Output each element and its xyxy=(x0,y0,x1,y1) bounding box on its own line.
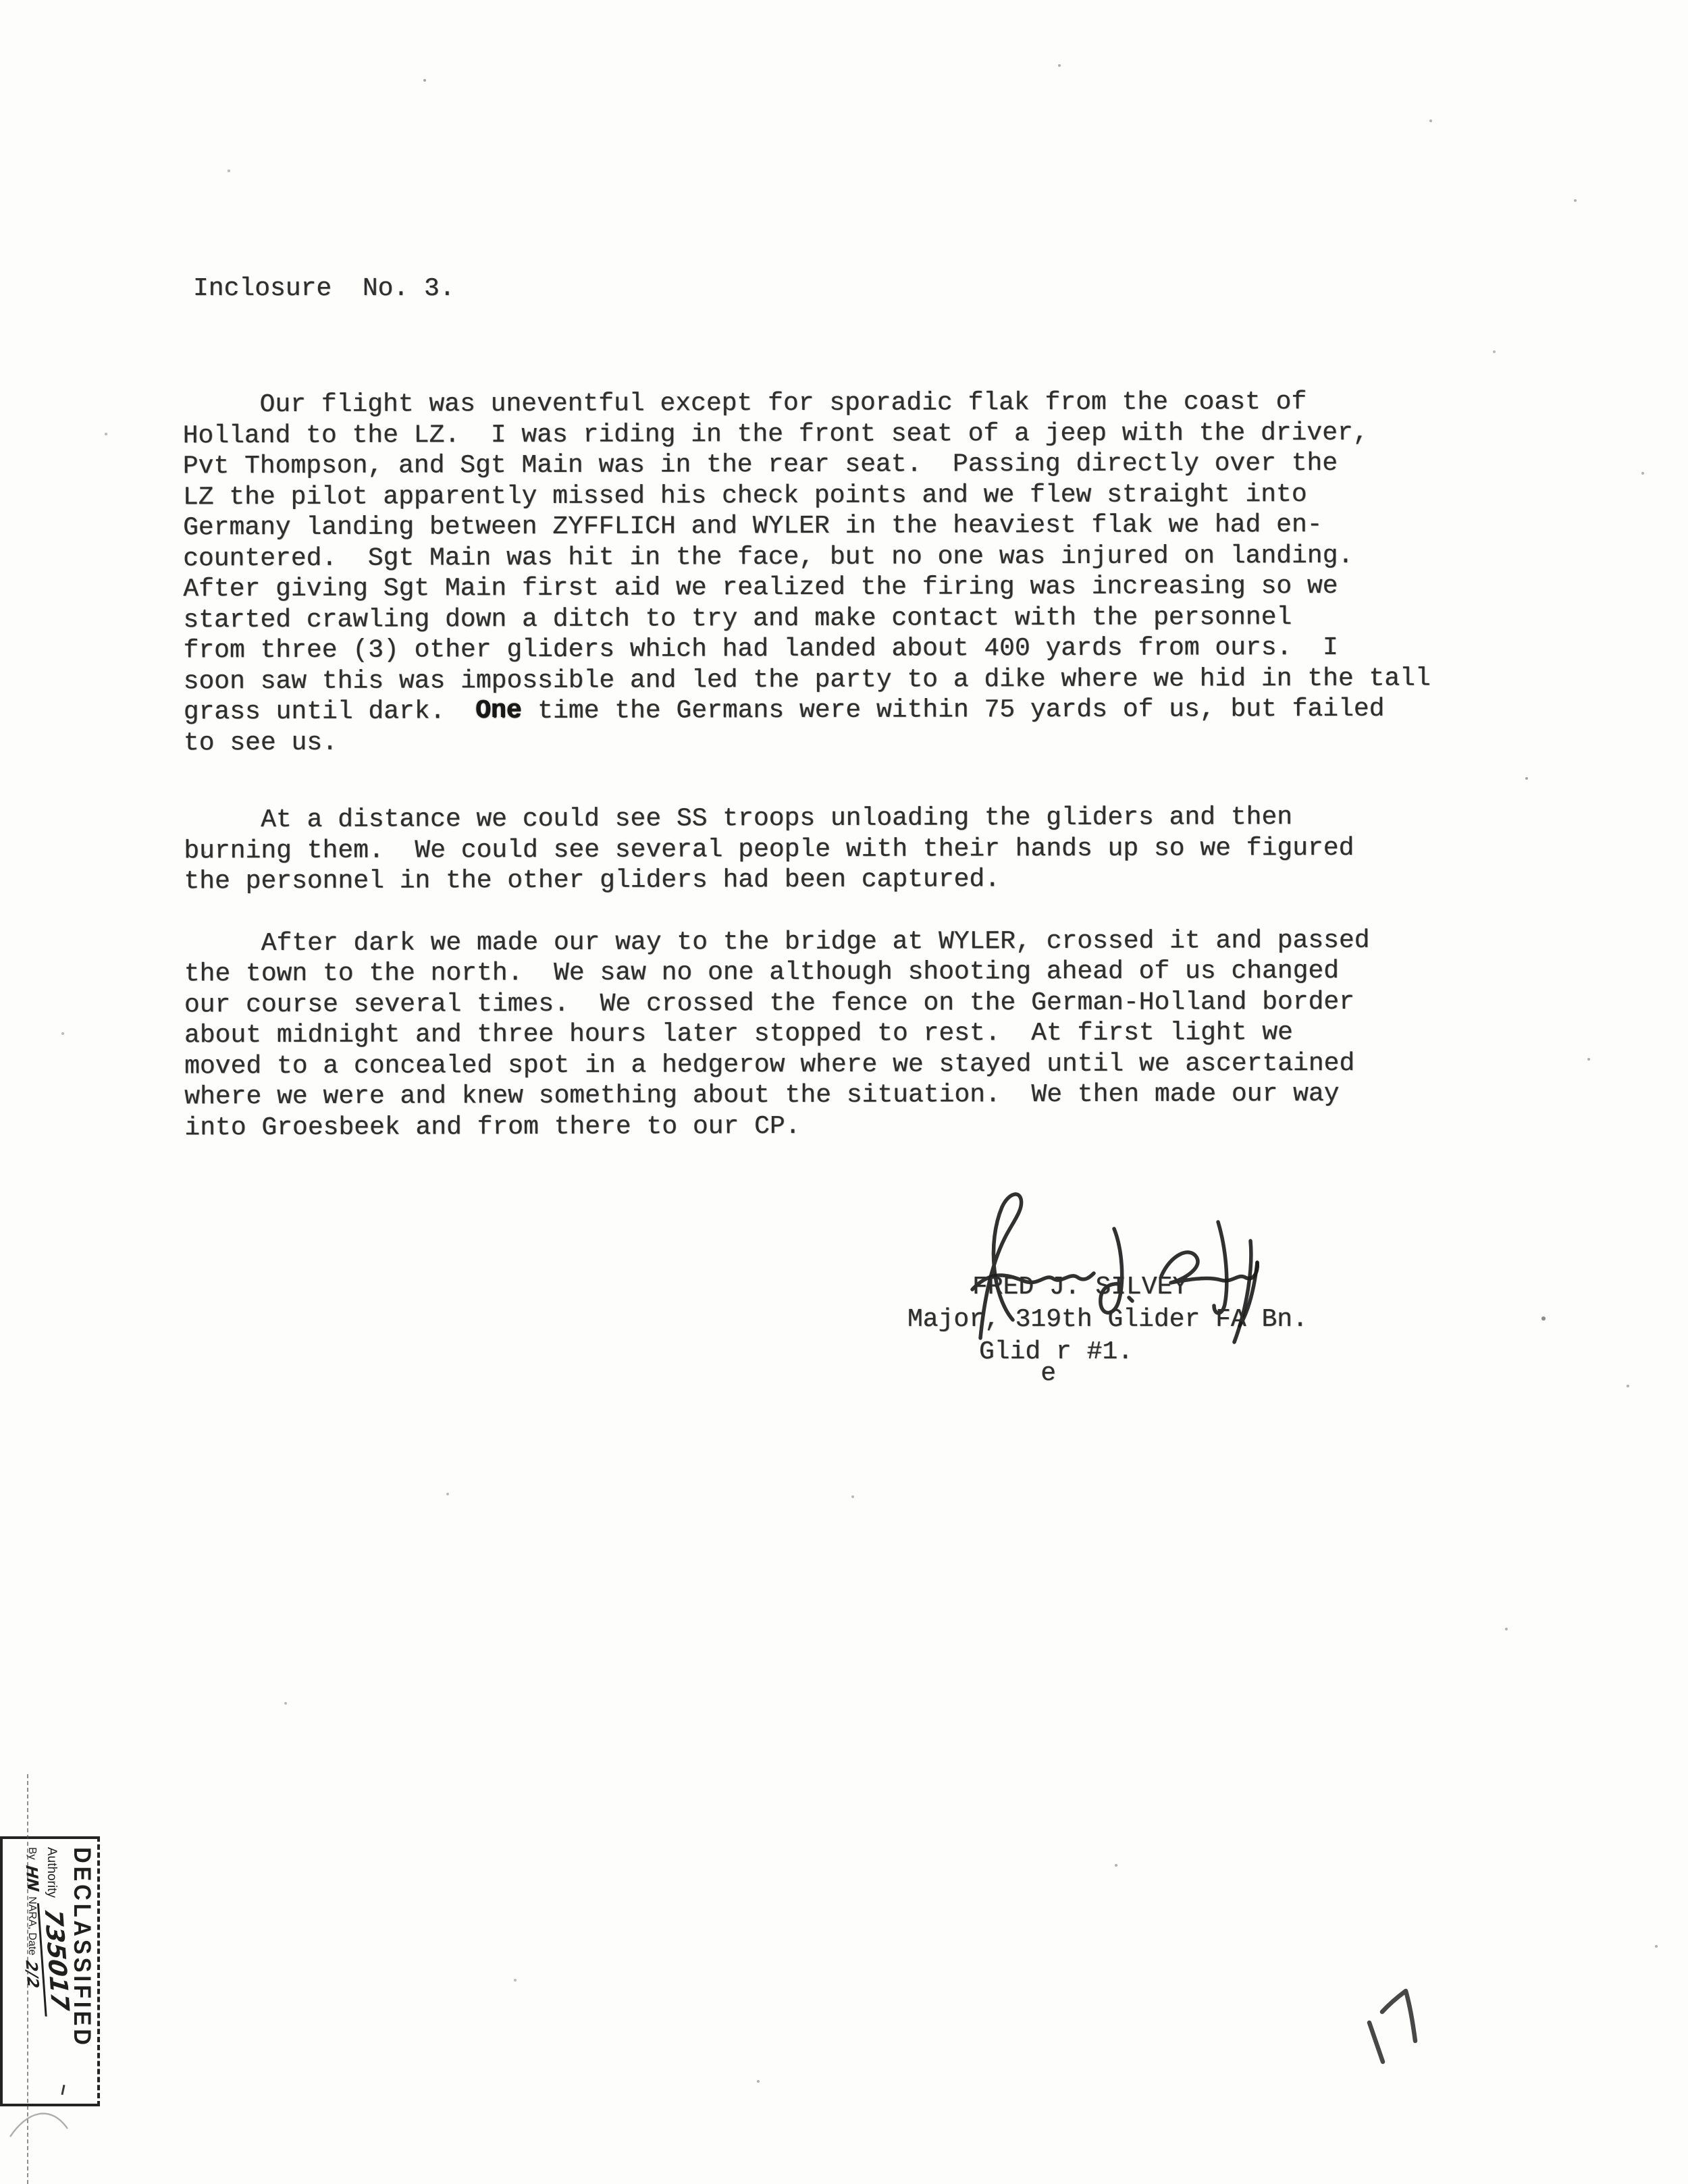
text-line: After giving Sgt Main first aid we reali… xyxy=(183,571,1430,605)
digit-seven-stroke xyxy=(1382,1991,1415,2041)
signature-stroke xyxy=(1214,1222,1227,1313)
stamp-authority-value-handwriting: 735017 xyxy=(37,1903,73,2019)
text-line: from three (3) other gliders which had l… xyxy=(183,633,1430,666)
text-line: started crawling down a ditch to try and… xyxy=(183,602,1430,635)
text-line: the town to the north. We saw no one alt… xyxy=(184,956,1431,990)
stamp-authority-label: Authority xyxy=(41,1847,59,1898)
stamp-authority-row: Authority 735017 xyxy=(41,1847,69,2097)
text-line: about midnight and three hours later sto… xyxy=(184,1017,1431,1051)
text-line: to see us. xyxy=(184,724,1431,758)
handwritten-page-number xyxy=(1350,1978,1431,2073)
inclosure-heading: Inclosure No. 3. xyxy=(193,273,455,304)
glider-line-pre: Glid xyxy=(979,1337,1040,1366)
pencil-smudge xyxy=(3,2096,78,2147)
text-line: grass until dark. One time the Germans w… xyxy=(184,694,1431,728)
body-paragraphs: Our flight was uneventful except for spo… xyxy=(183,387,1432,1144)
paragraph-2: At a distance we could see SS troops unl… xyxy=(184,802,1431,897)
stamp-archive-label: NARA, Date xyxy=(23,1896,38,1955)
paragraph-3: After dark we made our way to the bridge… xyxy=(184,925,1432,1143)
text-line: Our flight was uneventful except for spo… xyxy=(183,387,1430,421)
stamp-by-label: By xyxy=(23,1847,38,1860)
digit-one-stroke xyxy=(1369,2023,1383,2062)
stamp-by-initials-handwriting: HN xyxy=(22,1863,41,1893)
text-line: Germany landing between ZYFFLICH and WYL… xyxy=(183,510,1430,543)
signature-glider-line: Glider #1. xyxy=(979,1337,1133,1368)
declassified-stamp: DECLASSIFIED Authority 735017 By HN NARA… xyxy=(0,1836,100,2106)
stamp-date-handwriting: 2/2 xyxy=(22,1959,41,1990)
text-line: Holland to the LZ. I was riding in the f… xyxy=(183,417,1430,451)
text-line: where we were and knew something about t… xyxy=(184,1079,1431,1113)
paragraph-1: Our flight was uneventful except for spo… xyxy=(183,387,1431,759)
pencil-stroke xyxy=(10,2114,68,2137)
text-line: At a distance we could see SS troops unl… xyxy=(184,802,1431,836)
scanned-document-page: Inclosure No. 3. Our flight was uneventf… xyxy=(0,0,1688,2184)
stamp-by-row: By HN NARA, Date 2/2 xyxy=(23,1847,40,2097)
text-line: burning them. We could see several peopl… xyxy=(184,832,1431,866)
glider-line-post: r #1. xyxy=(1056,1337,1133,1366)
glider-dropped-letter: e xyxy=(1040,1358,1056,1389)
text-line: soon saw this was impossible and led the… xyxy=(184,663,1431,697)
stamp-title: DECLASSIFIED xyxy=(69,1847,95,2082)
text-line: our course several times. We crossed the… xyxy=(184,986,1431,1020)
overstruck-word: One xyxy=(475,695,521,726)
text-line: countered. Sgt Main was hit in the face,… xyxy=(183,540,1430,574)
text-line: After dark we made our way to the bridge… xyxy=(184,925,1431,959)
signature-typed-name: FRED J. SILVEY xyxy=(972,1272,1188,1303)
text-line: moved to a concealed spot in a hedgerow … xyxy=(184,1048,1431,1082)
text-line: Pvt Thompson, and Sgt Main was in the re… xyxy=(183,448,1430,482)
signature-title-line: Major, 319th Glider FA Bn. xyxy=(907,1304,1308,1335)
scan-specks xyxy=(0,0,1,1)
text-line: LZ the pilot apparently missed his check… xyxy=(183,479,1430,512)
text-line: into Groesbeek and from there to our CP. xyxy=(184,1109,1431,1143)
text-line: the personnel in the other gliders had b… xyxy=(184,863,1431,897)
